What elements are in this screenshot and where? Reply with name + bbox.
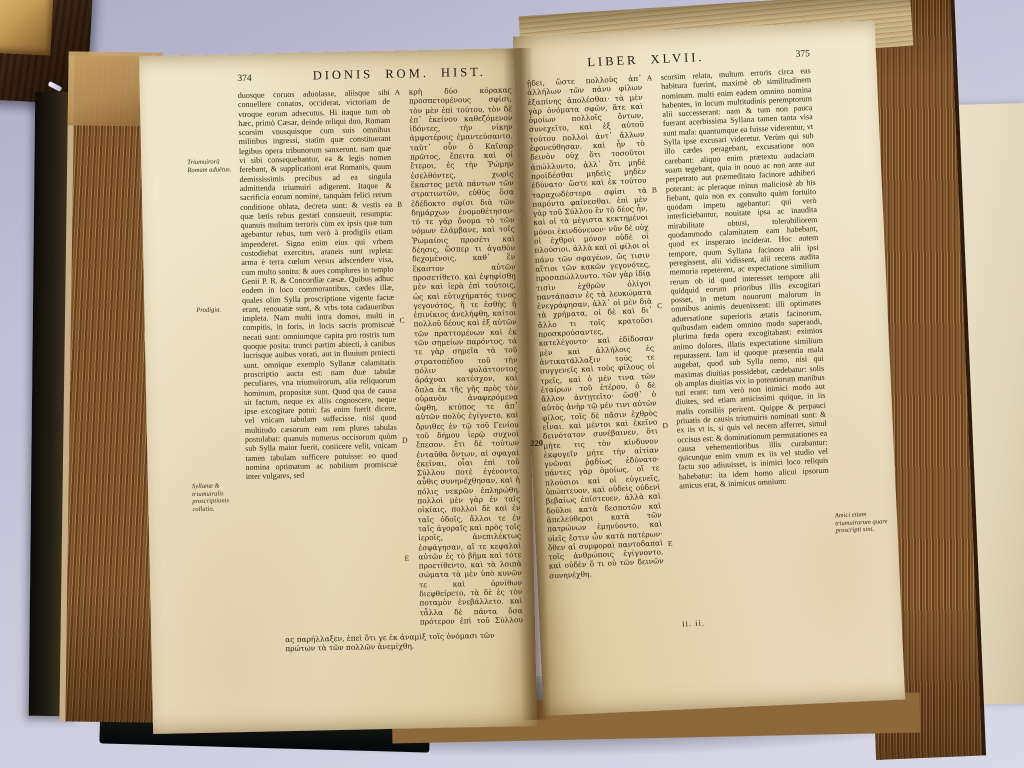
section-marker: A [647,73,653,82]
margin-note-syllanae: Syllanæ & triumuiralis proscriptionis co… [192,482,245,513]
section-marker: C [399,316,404,325]
latin-column-right-page: scorsim relata, multum erroris circa eas… [661,66,835,612]
right-page: LIBER XLVII. 375 220 Amici etiam triumui… [513,20,905,716]
margin-note-triumviri: Triumuirorū Romam aduētus. [187,158,239,174]
running-title-left: DIONIS ROM. HIST. [285,64,513,84]
right-page-text-block: ᾔδει, ὥστε πολλοὺς ἀπ᾽ ἀλλήλων τῶν πάνυ … [527,66,835,618]
margin-note-prodigia: Prodigia. [196,306,248,315]
section-marker: E [404,554,409,563]
left-page-header: 374 DIONIS ROM. HIST. [237,64,513,85]
greek-column-right-page: ᾔδει, ὥστε πολλοὺς ἀπ᾽ ἀλλήλων τῶν πάνυ … [527,74,666,619]
section-marker: E [668,539,673,548]
section-marker: C [657,301,662,310]
section-marker: B [652,185,657,194]
left-page: 374 DIONIS ROM. HIST. Triumuirorū Romam … [139,48,537,734]
page-number-374: 374 [237,73,285,84]
left-page-text-block: duosque coruos aduolasse, aliisque sibi … [238,85,523,631]
section-marker: D [402,436,408,445]
framed-painting-corner [0,0,54,56]
bottom-hanging-line: ας παρήλλαξεν, ἐπεὶ ὅτι γε ἐκ ἀναμὶξ τοῖ… [285,630,523,653]
page-number-375: 375 [766,49,810,61]
section-marker: A [395,88,401,97]
latin-column-left-page: duosque coruos aduolasse, aliisque sibi … [238,88,401,631]
margin-note-amici: Amici etiam triumuirorum quare proscript… [835,510,892,535]
section-marker: B [397,200,402,209]
section-marker: D [662,421,668,430]
